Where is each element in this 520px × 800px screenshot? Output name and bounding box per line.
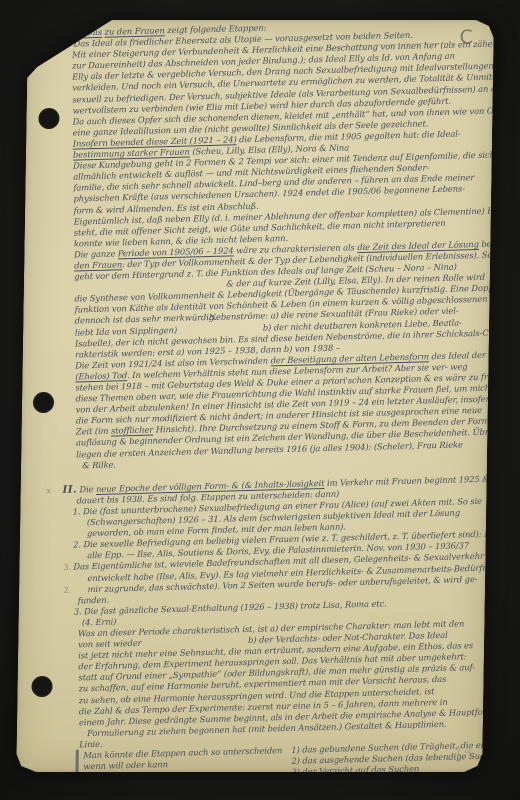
margin-mark: 2. <box>63 584 71 595</box>
margin-mark: – – <box>40 39 50 50</box>
manuscript-sheet-wrapper: C Das Verhältnis zu den Frauen zeigt fol… <box>0 0 520 800</box>
margin-mark: 3. <box>63 562 71 573</box>
manuscript-paper: C Das Verhältnis zu den Frauen zeigt fol… <box>16 20 494 772</box>
handwriting-content: Das Verhältnis zu den Frauen zeigt folge… <box>28 16 506 800</box>
page-number: 14 <box>454 744 473 760</box>
handwritten-line: Erika, Rabeke, das Suchen mit dem in Aro… <box>36 784 506 800</box>
margin-vertical-stroke <box>75 749 78 795</box>
interlinear-note: 3) der Verzicht auf das Suchen <box>291 764 419 778</box>
handwritten-line: 4) das Finden ohne zu suchen (nach dem 3… <box>36 773 506 796</box>
photo-of-manuscript-page: { "document": { "corner_mark": "C", "pag… <box>0 0 520 800</box>
margin-mark: x <box>46 485 51 496</box>
interlinear-note: 4) das Finden ohne zu suchen (nach dem 3… <box>292 772 515 789</box>
